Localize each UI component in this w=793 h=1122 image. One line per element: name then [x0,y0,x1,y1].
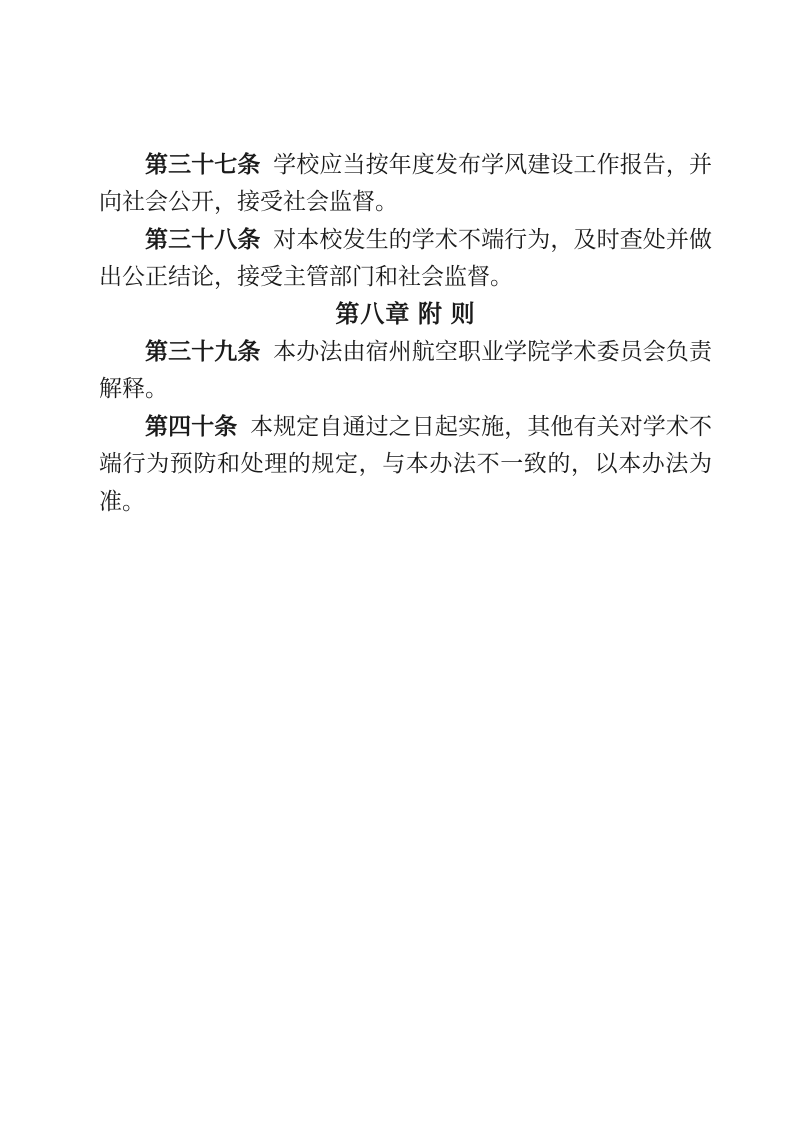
article-40: 第四十条本规定自通过之日起实施，其他有关对学术不端行为预防和处理的规定，与本办法… [99,408,712,520]
article-37: 第三十七条学校应当按年度发布学风建设工作报告，并向社会公开，接受社会监督。 [99,146,712,221]
article-38-number: 第三十八条 [145,227,261,252]
article-38: 第三十八条对本校发生的学术不端行为，及时查处并做出公正结论，接受主管部门和社会监… [99,221,712,296]
article-40-number: 第四十条 [145,414,237,439]
article-37-number: 第三十七条 [145,152,261,177]
article-39-number: 第三十九条 [145,339,261,364]
chapter-8-heading: 第八章 附 则 [99,296,712,333]
document-body: 第三十七条学校应当按年度发布学风建设工作报告，并向社会公开，接受社会监督。 第三… [99,146,712,520]
document-page: 第三十七条学校应当按年度发布学风建设工作报告，并向社会公开，接受社会监督。 第三… [0,0,793,1122]
article-39: 第三十九条本办法由宿州航空职业学院学术委员会负责解释。 [99,333,712,408]
